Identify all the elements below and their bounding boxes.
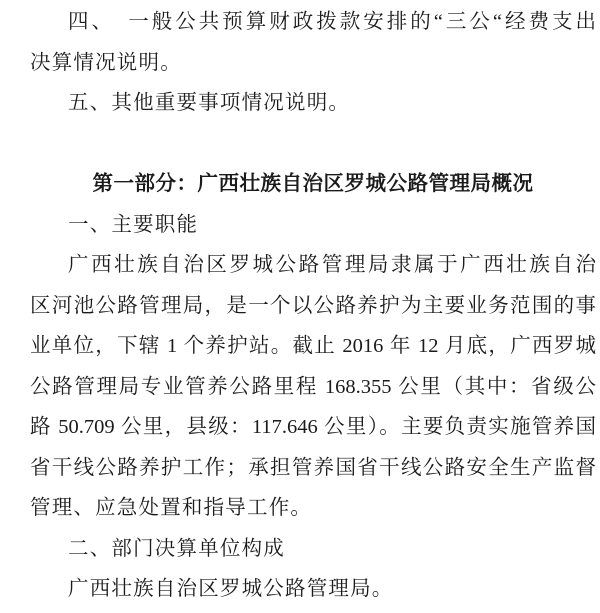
section-2-heading: 二、部门决算单位构成 <box>30 529 596 570</box>
main-functions-line: 公路管理局专业管养公路里程 168.355 公里（其中：省级公 <box>30 367 596 408</box>
section-1-heading: 一、主要职能 <box>30 205 596 246</box>
unit-composition-text: 广西壮族自治区罗城公路管理局。 <box>30 569 596 610</box>
main-functions-line: 广西壮族自治区罗城公路管理局隶属于广西壮族自治 <box>30 245 596 286</box>
main-functions-line: 业单位，下辖 1 个养护站。截止 2016 年 12 月底，广西罗城 <box>30 326 596 367</box>
part-1-heading: 第一部分：广西壮族自治区罗城公路管理局概况 <box>30 164 596 205</box>
blank-line <box>30 124 596 165</box>
document-page: 四、 一般公共预算财政拨款安排的“三公“经费支出 决算情况说明。 五、其他重要事… <box>0 0 600 613</box>
main-functions-line: 区河池公路管理局，是一个以公路养护为主要业务范围的事 <box>30 286 596 327</box>
toc-item-4-line-2: 决算情况说明。 <box>30 43 596 84</box>
toc-item-5: 五、其他重要事项情况说明。 <box>30 83 596 124</box>
main-functions-line: 管理、应急处置和指导工作。 <box>30 488 596 529</box>
toc-item-4-line-1: 四、 一般公共预算财政拨款安排的“三公“经费支出 <box>30 2 596 43</box>
main-functions-line: 省干线公路养护工作；承担管养国省干线公路安全生产监督 <box>30 448 596 489</box>
main-functions-line: 路 50.709 公里，县级：117.646 公里）。主要负责实施管养国 <box>30 407 596 448</box>
